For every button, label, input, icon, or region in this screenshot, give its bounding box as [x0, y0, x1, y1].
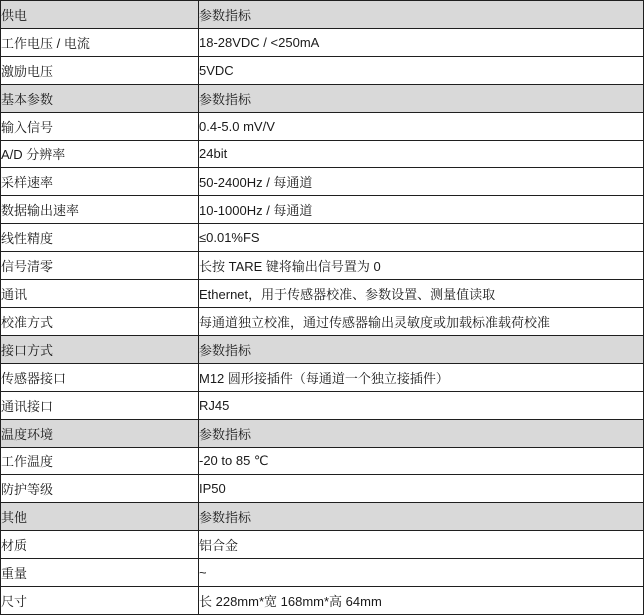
spec-value: 每通道独立校准，通过传感器输出灵敏度或加载标准载荷校准	[199, 307, 644, 335]
spec-value: 铝合金	[199, 531, 644, 559]
section-header-row: 接口方式参数指标	[1, 335, 644, 363]
section-header-row: 基本参数参数指标	[1, 84, 644, 112]
spec-row: 尺寸长 228mm*宽 168mm*高 64mm	[1, 587, 644, 615]
section-column-header: 参数指标	[199, 419, 644, 447]
section-title: 接口方式	[1, 335, 199, 363]
spec-label: 材质	[1, 531, 199, 559]
spec-value: Ethernet，用于传感器校准、参数设置、测量值读取	[199, 280, 644, 308]
section-title: 温度环境	[1, 419, 199, 447]
spec-label: 信号清零	[1, 252, 199, 280]
section-column-header: 参数指标	[199, 335, 644, 363]
spec-label: 通讯	[1, 280, 199, 308]
spec-row: 信号清零长按 TARE 键将输出信号置为 0	[1, 252, 644, 280]
spec-row: 通讯Ethernet，用于传感器校准、参数设置、测量值读取	[1, 280, 644, 308]
spec-value: RJ45	[199, 391, 644, 419]
spec-label: 激励电压	[1, 56, 199, 84]
spec-value: 10-1000Hz / 每通道	[199, 196, 644, 224]
spec-value: M12 圆形接插件（每通道一个独立接插件）	[199, 363, 644, 391]
spec-value: ~	[199, 559, 644, 587]
section-title: 基本参数	[1, 84, 199, 112]
spec-value: IP50	[199, 475, 644, 503]
spec-row: A/D 分辨率24bit	[1, 140, 644, 168]
spec-label: 数据输出速率	[1, 196, 199, 224]
spec-label: 通讯接口	[1, 391, 199, 419]
spec-value: -20 to 85 ℃	[199, 447, 644, 475]
spec-row: 防护等级IP50	[1, 475, 644, 503]
section-header-row: 其他参数指标	[1, 503, 644, 531]
spec-value: 50-2400Hz / 每通道	[199, 168, 644, 196]
spec-label: 重量	[1, 559, 199, 587]
spec-label: 工作电压 / 电流	[1, 28, 199, 56]
spec-value: 18-28VDC / <250mA	[199, 28, 644, 56]
spec-value: 0.4-5.0 mV/V	[199, 112, 644, 140]
section-title: 其他	[1, 503, 199, 531]
specification-table: 供电参数指标工作电压 / 电流18-28VDC / <250mA激励电压5VDC…	[0, 0, 644, 615]
spec-row: 线性精度≤0.01%FS	[1, 224, 644, 252]
spec-row: 工作电压 / 电流18-28VDC / <250mA	[1, 28, 644, 56]
spec-row: 激励电压5VDC	[1, 56, 644, 84]
spec-label: 传感器接口	[1, 363, 199, 391]
spec-label: 线性精度	[1, 224, 199, 252]
spec-sheet-page: 供电参数指标工作电压 / 电流18-28VDC / <250mA激励电压5VDC…	[0, 0, 644, 615]
spec-row: 通讯接口RJ45	[1, 391, 644, 419]
spec-value: 5VDC	[199, 56, 644, 84]
section-column-header: 参数指标	[199, 84, 644, 112]
section-header-row: 供电参数指标	[1, 1, 644, 29]
spec-label: A/D 分辨率	[1, 140, 199, 168]
spec-row: 校准方式每通道独立校准，通过传感器输出灵敏度或加载标准载荷校准	[1, 307, 644, 335]
spec-label: 工作温度	[1, 447, 199, 475]
section-column-header: 参数指标	[199, 1, 644, 29]
section-header-row: 温度环境参数指标	[1, 419, 644, 447]
spec-value: 24bit	[199, 140, 644, 168]
section-title: 供电	[1, 1, 199, 29]
specification-table-body: 供电参数指标工作电压 / 电流18-28VDC / <250mA激励电压5VDC…	[1, 1, 644, 615]
spec-row: 工作温度-20 to 85 ℃	[1, 447, 644, 475]
spec-value: 长 228mm*宽 168mm*高 64mm	[199, 587, 644, 615]
spec-row: 重量~	[1, 559, 644, 587]
section-column-header: 参数指标	[199, 503, 644, 531]
spec-row: 采样速率50-2400Hz / 每通道	[1, 168, 644, 196]
spec-value: ≤0.01%FS	[199, 224, 644, 252]
spec-label: 尺寸	[1, 587, 199, 615]
spec-row: 数据输出速率10-1000Hz / 每通道	[1, 196, 644, 224]
spec-label: 输入信号	[1, 112, 199, 140]
spec-label: 校准方式	[1, 307, 199, 335]
spec-row: 材质铝合金	[1, 531, 644, 559]
spec-row: 传感器接口M12 圆形接插件（每通道一个独立接插件）	[1, 363, 644, 391]
spec-row: 输入信号0.4-5.0 mV/V	[1, 112, 644, 140]
spec-value: 长按 TARE 键将输出信号置为 0	[199, 252, 644, 280]
spec-label: 防护等级	[1, 475, 199, 503]
spec-label: 采样速率	[1, 168, 199, 196]
